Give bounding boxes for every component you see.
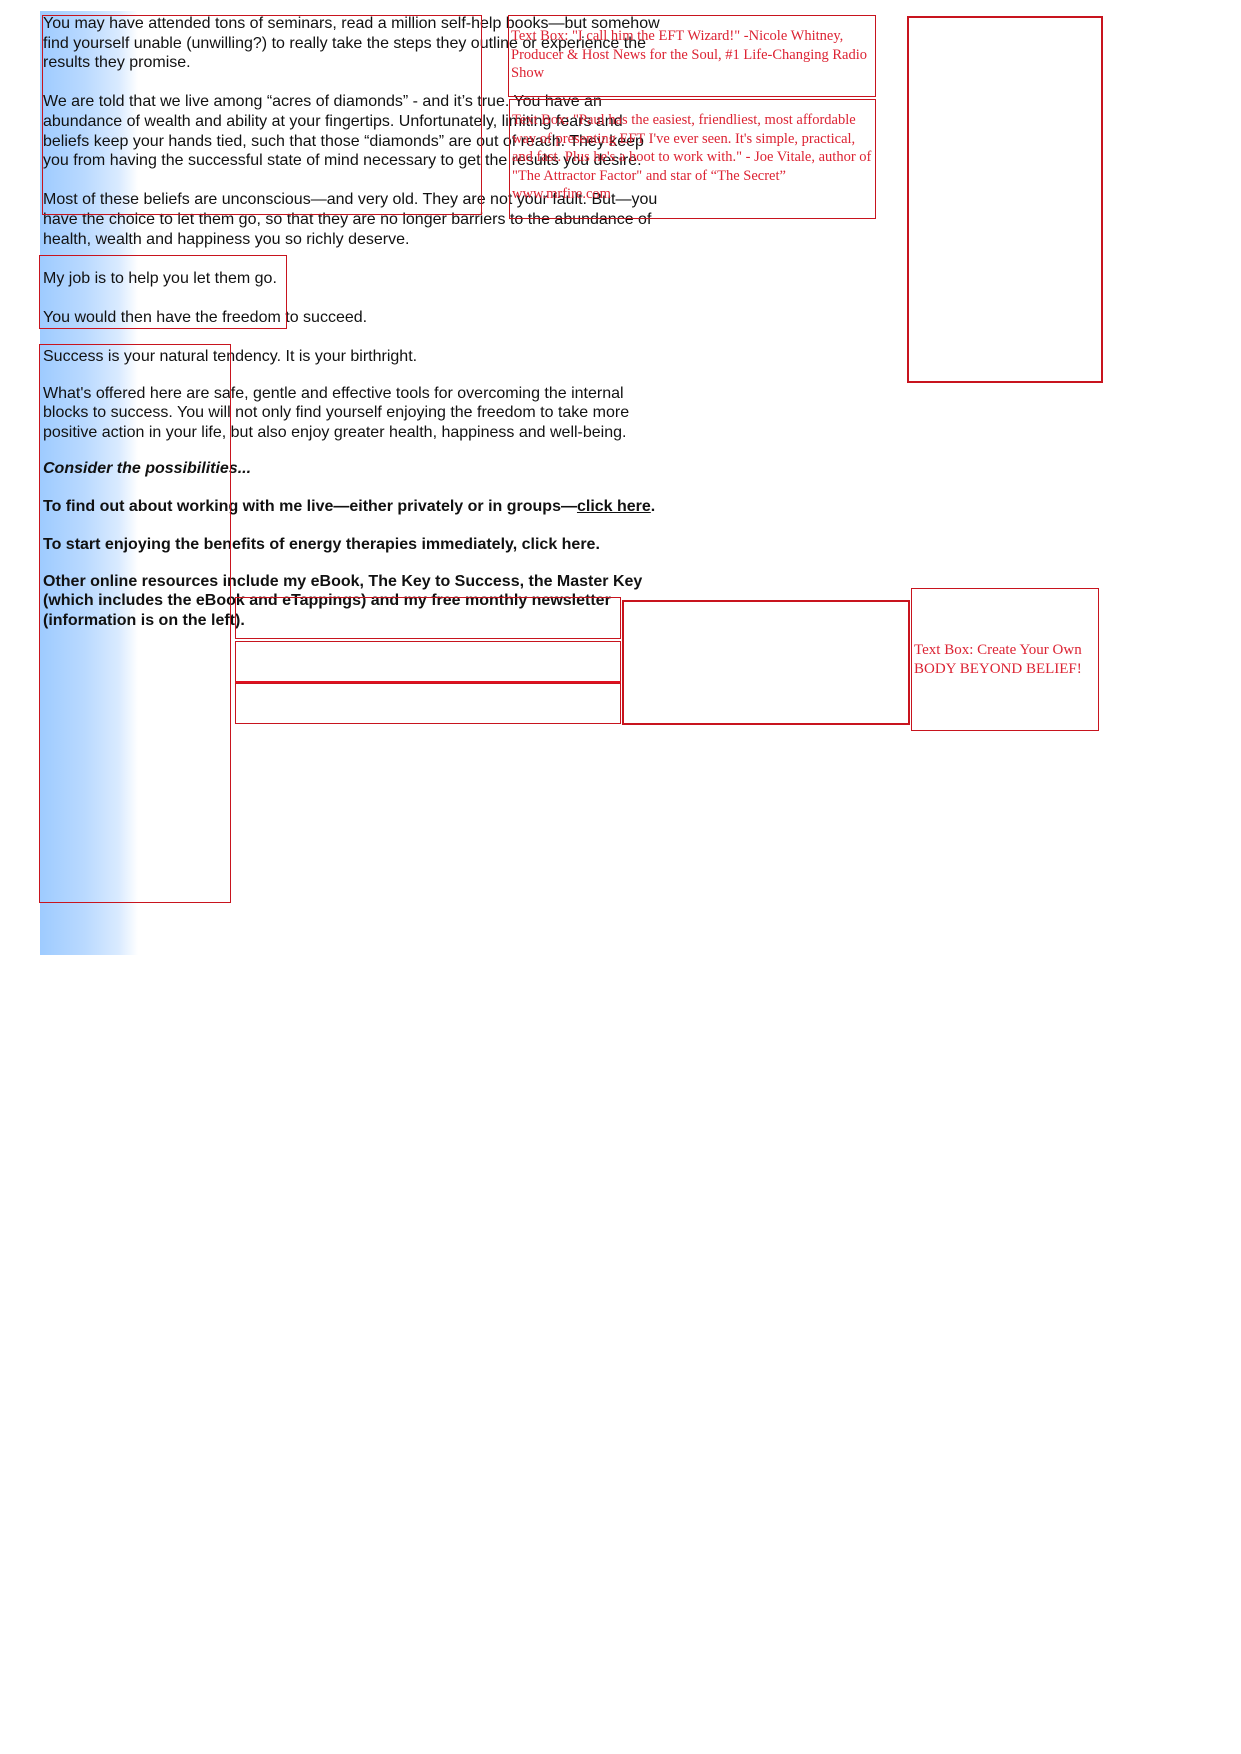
button-frame-2[interactable] — [235, 641, 621, 683]
testimonial-box-whitney: Text Box: "I call him the EFT Wizard!" -… — [508, 15, 876, 97]
click-here-link[interactable]: click here — [577, 498, 651, 515]
testimonial-vitale-text: Text Box: "Paul has the easiest, friendl… — [512, 112, 871, 202]
testimonial-box-vitale: Text Box: "Paul has the easiest, friendl… — [509, 99, 876, 219]
work-live-end: . — [651, 498, 655, 515]
promo-text: Text Box: Create Your Own BODY BEYOND BE… — [914, 642, 1082, 677]
image-frame-right-tall — [907, 16, 1103, 383]
button-frame-3[interactable] — [235, 683, 621, 724]
image-frame-top-left — [42, 15, 482, 215]
testimonial-whitney-text: Text Box: "I call him the EFT Wizard!" -… — [511, 28, 867, 81]
image-frame-bottom-center — [622, 600, 910, 725]
promo-box-body-beyond-belief[interactable]: Text Box: Create Your Own BODY BEYOND BE… — [911, 588, 1099, 731]
button-frame-1[interactable] — [235, 597, 621, 639]
image-frame-my-job — [39, 255, 287, 329]
image-frame-sidebar — [39, 344, 231, 903]
